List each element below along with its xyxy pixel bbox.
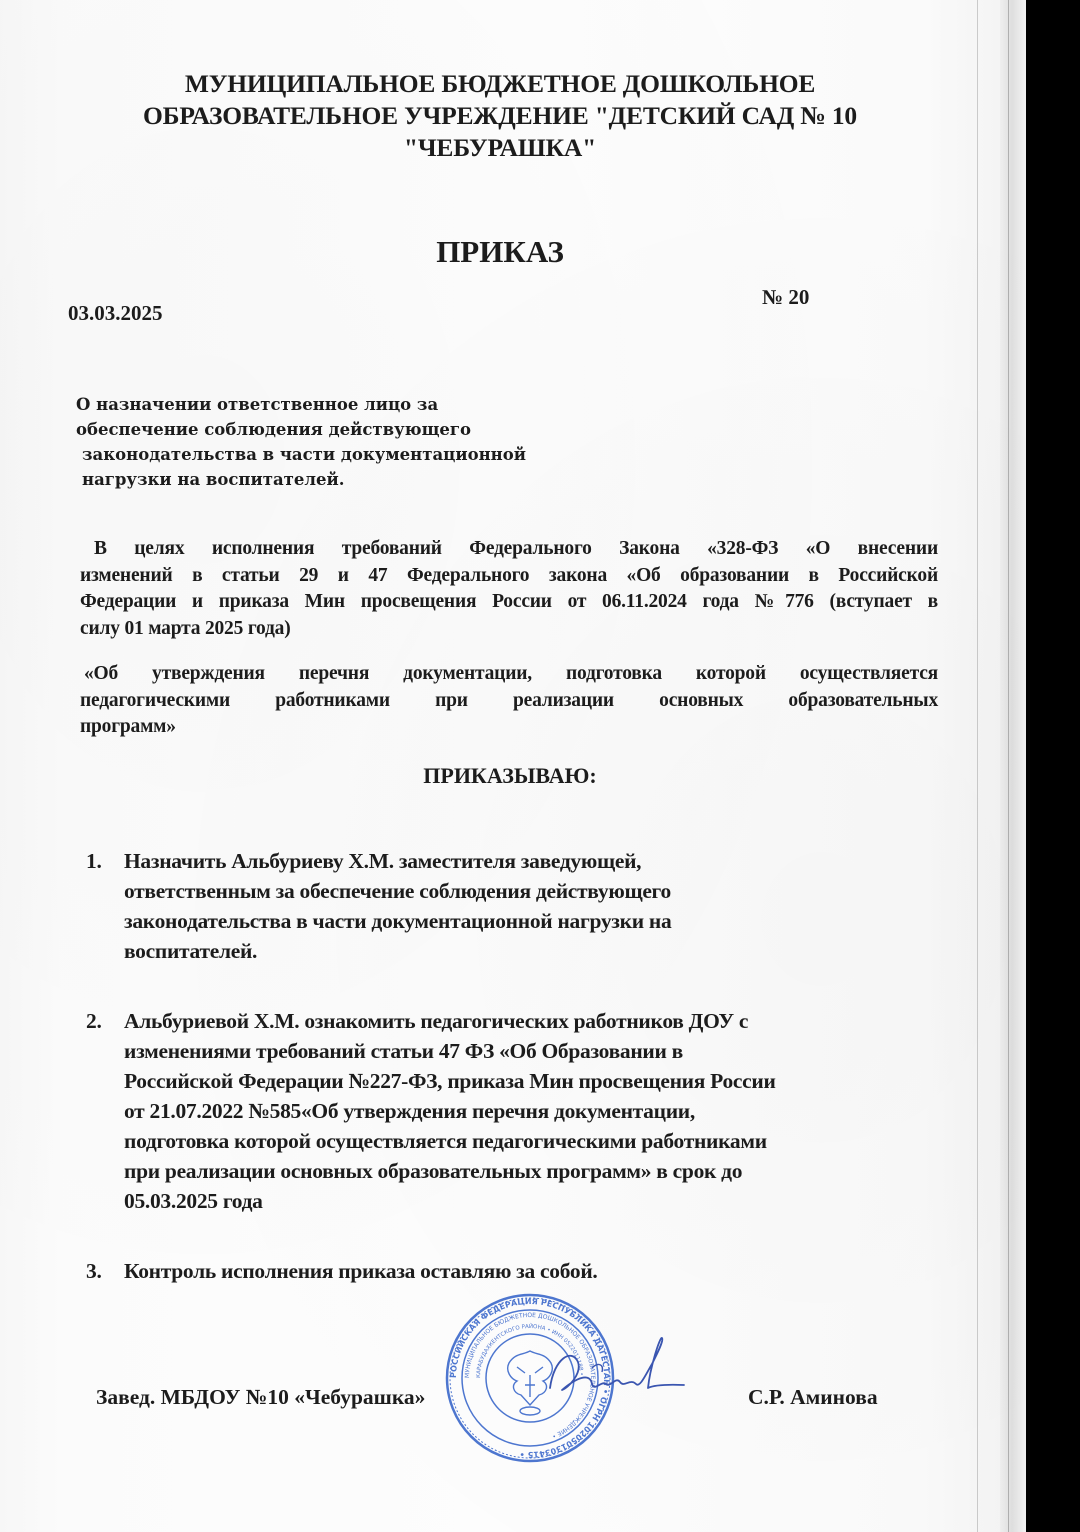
preamble-line: изменений в статьи 29 и 47 Федерального … <box>80 563 938 590</box>
order-number: № 20 <box>762 285 809 310</box>
item-line: Российской Федерации №227-ФЗ, приказа Ми… <box>124 1066 946 1096</box>
preamble-line: Федерации и приказа Мин просвещения Росс… <box>80 589 938 616</box>
subject-line: обеспечение соблюдения действующего <box>76 417 526 442</box>
header-line: "ЧЕБУРАШКА" <box>0 132 1000 164</box>
item-line: при реализации основных образовательных … <box>124 1156 946 1186</box>
item-line: ответственным за обеспечение соблюдения … <box>124 876 946 906</box>
order-item: 2. Альбуриевой Х.М. ознакомить педагогич… <box>86 1006 946 1216</box>
signatory-name: С.Р. Аминова <box>748 1385 878 1410</box>
item-line: Назначить Альбуриеву Х.М. заместителя за… <box>124 846 946 876</box>
item-number: 3. <box>86 1256 102 1286</box>
item-line: подготовка которой осуществляется педаго… <box>124 1126 946 1156</box>
preamble-line: силу 01 марта 2025 года) <box>80 616 938 643</box>
order-items-list: 1. Назначить Альбуриеву Х.М. заместителя… <box>86 846 946 1286</box>
quote-line: «Об утверждения перечня документации, по… <box>80 661 938 688</box>
item-line: от 21.07.2022 №585«Об утверждения перечн… <box>124 1096 946 1126</box>
item-line: воспитателей. <box>124 936 946 966</box>
preamble-line: В целях исполнения требований Федерально… <box>80 536 938 563</box>
document-title: ПРИКАЗ <box>0 234 1000 270</box>
item-number: 1. <box>86 846 102 876</box>
item-line: Контроль исполнения приказа оставляю за … <box>124 1256 946 1286</box>
subject-line: нагрузки на воспитателей. <box>76 467 526 492</box>
item-line: законодательства в части документационно… <box>124 906 946 936</box>
order-item: 3. Контроль исполнения приказа оставляю … <box>86 1256 946 1286</box>
institution-header: МУНИЦИПАЛЬНОЕ БЮДЖЕТНОЕ ДОШКОЛЬНОЕ ОБРАЗ… <box>0 68 1000 164</box>
preamble-paragraph: В целях исполнения требований Федерально… <box>80 536 938 642</box>
item-line: изменениями требований статьи 47 ФЗ «Об … <box>124 1036 946 1066</box>
document-page: МУНИЦИПАЛЬНОЕ БЮДЖЕТНОЕ ДОШКОЛЬНОЕ ОБРАЗ… <box>0 0 1026 1532</box>
signatory-position: Завед. МБДОУ №10 «Чебурашка» <box>96 1385 425 1410</box>
item-line: 05.03.2025 года <box>124 1186 946 1216</box>
handwritten-signature-icon <box>532 1328 692 1418</box>
header-line: ОБРАЗОВАТЕЛЬНОЕ УЧРЕЖДЕНИЕ "ДЕТСКИЙ САД … <box>0 100 1000 132</box>
quote-line: педагогическими работниками при реализац… <box>80 688 938 715</box>
item-number: 2. <box>86 1006 102 1036</box>
order-directive-heading: ПРИКАЗЫВАЮ: <box>0 763 1020 789</box>
item-line: Альбуриевой Х.М. ознакомить педагогическ… <box>124 1006 946 1036</box>
subject-line: законодательства в части документационно… <box>76 442 526 467</box>
order-subject: О назначении ответственное лицо за обесп… <box>76 392 526 492</box>
document-quote-paragraph: «Об утверждения перечня документации, по… <box>80 661 938 741</box>
header-line: МУНИЦИПАЛЬНОЕ БЮДЖЕТНОЕ ДОШКОЛЬНОЕ <box>0 68 1000 100</box>
order-item: 1. Назначить Альбуриеву Х.М. заместителя… <box>86 846 946 966</box>
quote-line: программ» <box>80 714 938 741</box>
order-date: 03.03.2025 <box>68 301 163 326</box>
subject-line: О назначении ответственное лицо за <box>76 392 526 417</box>
